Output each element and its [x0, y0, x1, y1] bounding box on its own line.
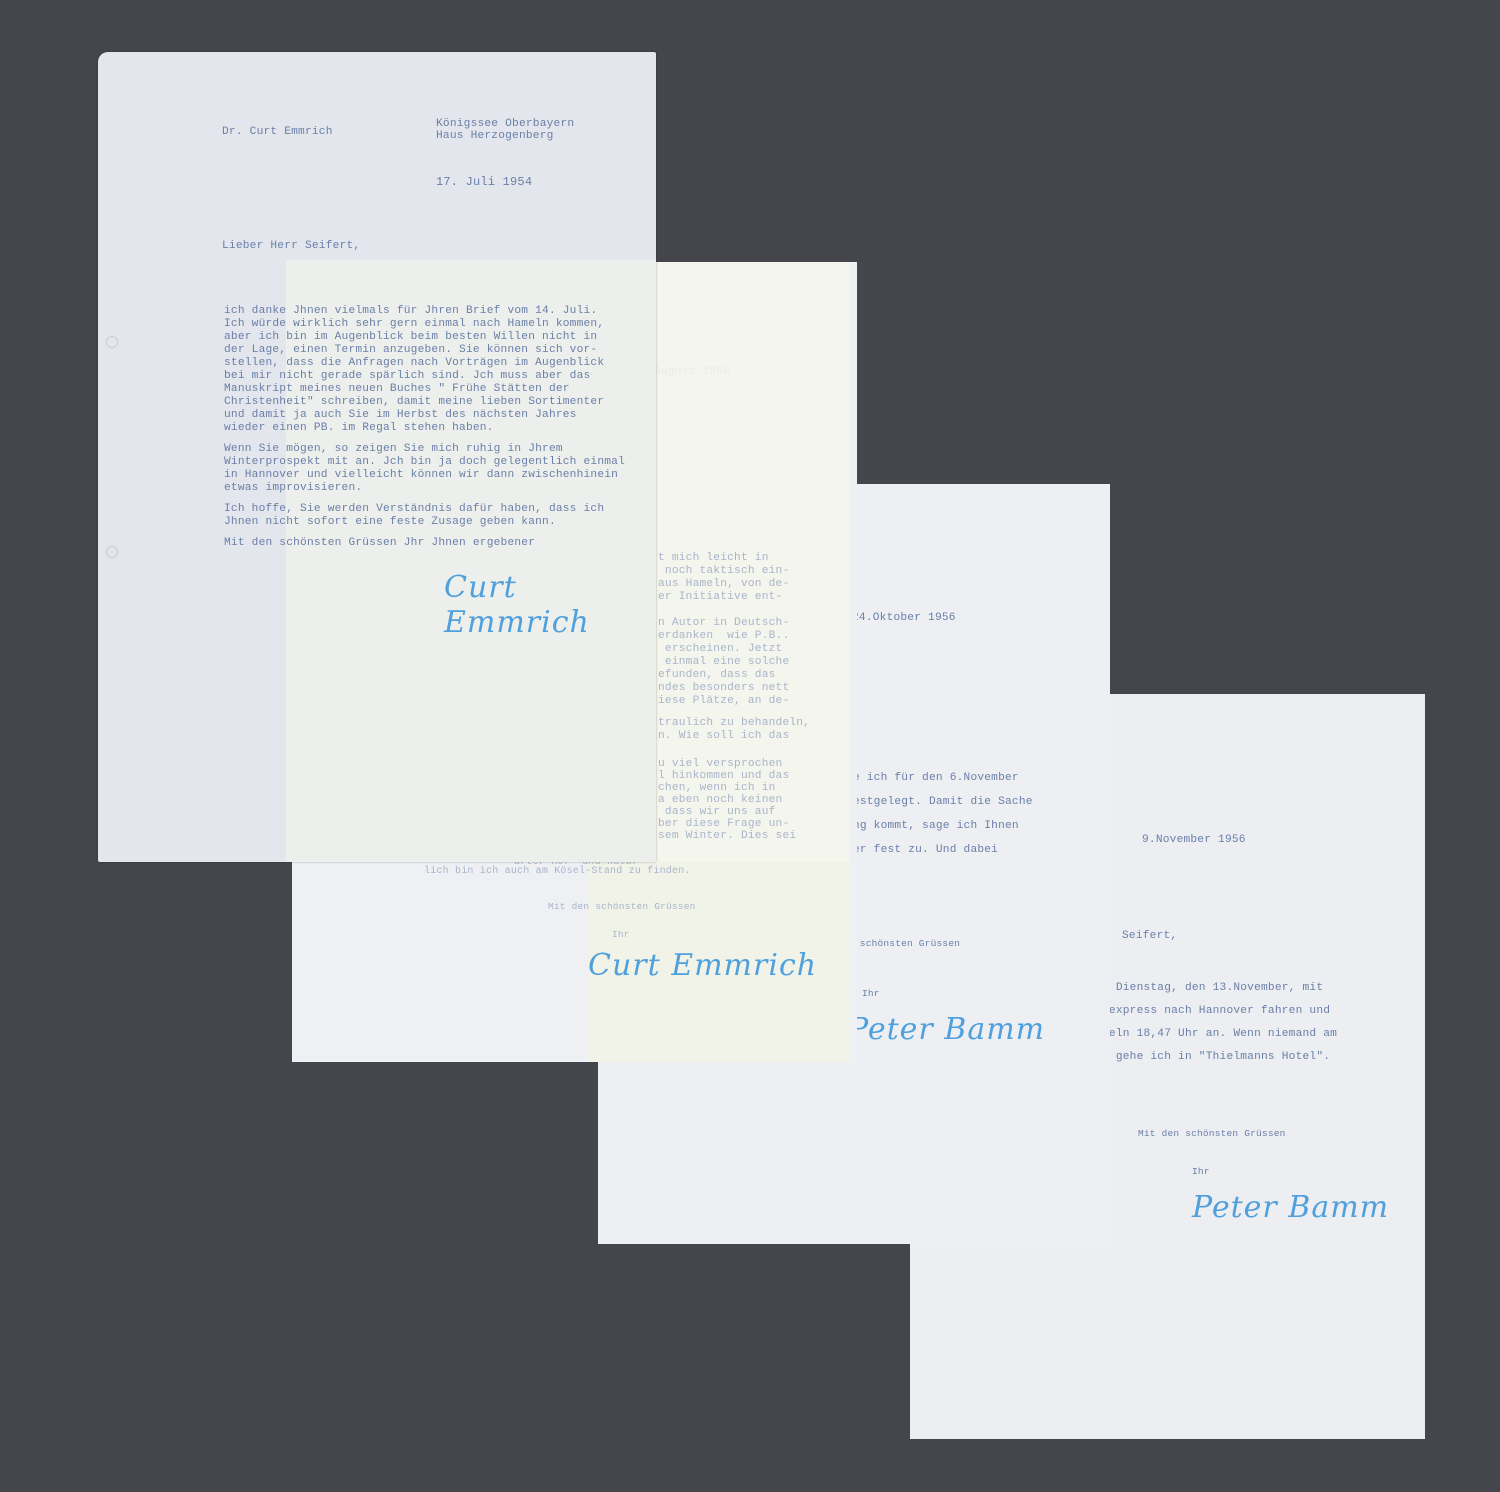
body-line: er Initiative ent-: [658, 591, 782, 603]
body-line: wieder einen PB. im Regal stehen haben.: [224, 422, 494, 434]
signature-peter-bamm: Peter Bamm: [848, 1012, 1045, 1047]
letter-salutation: Seifert,: [1122, 930, 1177, 942]
letter-greeting: Mit den schönsten Grüssen Jhr Jhnen erge…: [224, 537, 535, 549]
body-line: Ich hoffe, Sie werden Verständnis dafür …: [224, 503, 604, 515]
body-line: be ich für den 6.November: [846, 772, 1019, 784]
body-line: Jhnen nicht sofort eine feste Zusage geb…: [224, 516, 556, 528]
body-line: in Hannover und vielleicht können wir da…: [224, 469, 618, 481]
body-line: n Autor in Deutsch-: [658, 617, 789, 629]
letter-greeting: n schönsten Grüssen: [848, 938, 960, 950]
body-line: noch taktisch ein-: [658, 565, 789, 577]
body-line: iese Plätze, an de-: [658, 695, 789, 707]
body-line: ber diese Frage un-: [658, 818, 789, 830]
body-line: erdanken wie P.B..: [658, 630, 789, 642]
body-line: t mich leicht in: [658, 552, 769, 564]
body-line: u viel versprochen: [658, 758, 782, 770]
body-line: s Dienstag, den 13.November, mit: [1102, 982, 1323, 994]
body-line: dass wir uns auf: [658, 806, 776, 818]
letter-17-juli-1954-body: ich danke Jhnen vielmals für Jhren Brief…: [98, 52, 656, 862]
body-line: der Lage, einen Termin anzugeben. Sie kö…: [224, 344, 597, 356]
body-line: a eben noch keinen: [658, 794, 782, 806]
body-line: bei mir nicht gerade spärlich sind. Jch …: [224, 370, 590, 382]
letter-ihr: Ihr: [862, 988, 880, 1000]
body-line: ich danke Jhnen vielmals für Jhren Brief…: [224, 305, 597, 317]
body-line: l hinkommen und das: [658, 770, 789, 782]
body-line: und damit ja auch Sie im Herbst des näch…: [224, 409, 577, 421]
body-line: meln 18,47 Uhr an. Wenn niemand am: [1102, 1028, 1337, 1040]
body-line: ndes besonders nett: [658, 682, 789, 694]
body-line: aber ich bin im Augenblick beim besten W…: [224, 331, 597, 343]
body-line: aus Hameln, von de-: [658, 578, 789, 590]
letter-date: 9.November 1956: [1142, 834, 1246, 846]
closing-line: lich bin ich auch am Kösel-Stand zu find…: [424, 866, 691, 878]
body-line: ber fest zu. Und dabei: [846, 844, 998, 856]
body-line: Wenn Sie mögen, so zeigen Sie mich ruhig…: [224, 443, 563, 455]
letter-ihr: Ihr: [1192, 1166, 1210, 1178]
letter-ihr: Ihr: [612, 929, 630, 941]
letter-date: 24.Oktober 1956: [852, 612, 956, 624]
letter-greeting: Mit den schönsten Grüssen: [548, 901, 696, 913]
body-line: festgelegt. Damit die Sache: [846, 796, 1033, 808]
signature-curt-emmrich: Curt Emmrich: [444, 570, 656, 640]
body-line: chen, wenn ich in: [658, 782, 776, 794]
body-line: etwas improvisieren.: [224, 482, 362, 494]
body-line: ung kommt, sage ich Ihnen: [846, 820, 1019, 832]
body-line: sem Winter. Dies sei: [658, 830, 796, 842]
body-line: einmal eine solche: [658, 656, 789, 668]
body-line: erscheinen. Jetzt: [658, 643, 782, 655]
body-line: n. Wie soll ich das: [658, 730, 789, 742]
body-line: aexpress nach Hannover fahren und: [1102, 1005, 1330, 1017]
body-line: stellen, dass die Anfragen nach Vorträge…: [224, 357, 604, 369]
body-line: Manuskript meines neuen Buches " Frühe S…: [224, 383, 570, 395]
body-line: , gehe ich in "Thielmanns Hotel".: [1102, 1051, 1330, 1063]
letter-greeting: Mit den schönsten Grüssen: [1138, 1128, 1286, 1140]
body-line: traulich zu behandeln,: [658, 717, 810, 729]
body-line: efunden, dass das: [658, 669, 776, 681]
body-line: Christenheit" schreiben, damit meine lie…: [224, 396, 604, 408]
signature-peter-bamm: Peter Bamm: [1192, 1190, 1389, 1225]
body-line: Winterprospekt mit an. Jch bin ja doch g…: [224, 456, 625, 468]
body-line: Ich würde wirklich sehr gern einmal nach…: [224, 318, 604, 330]
signature-curt-emmrich: Curt Emmrich: [588, 948, 817, 983]
